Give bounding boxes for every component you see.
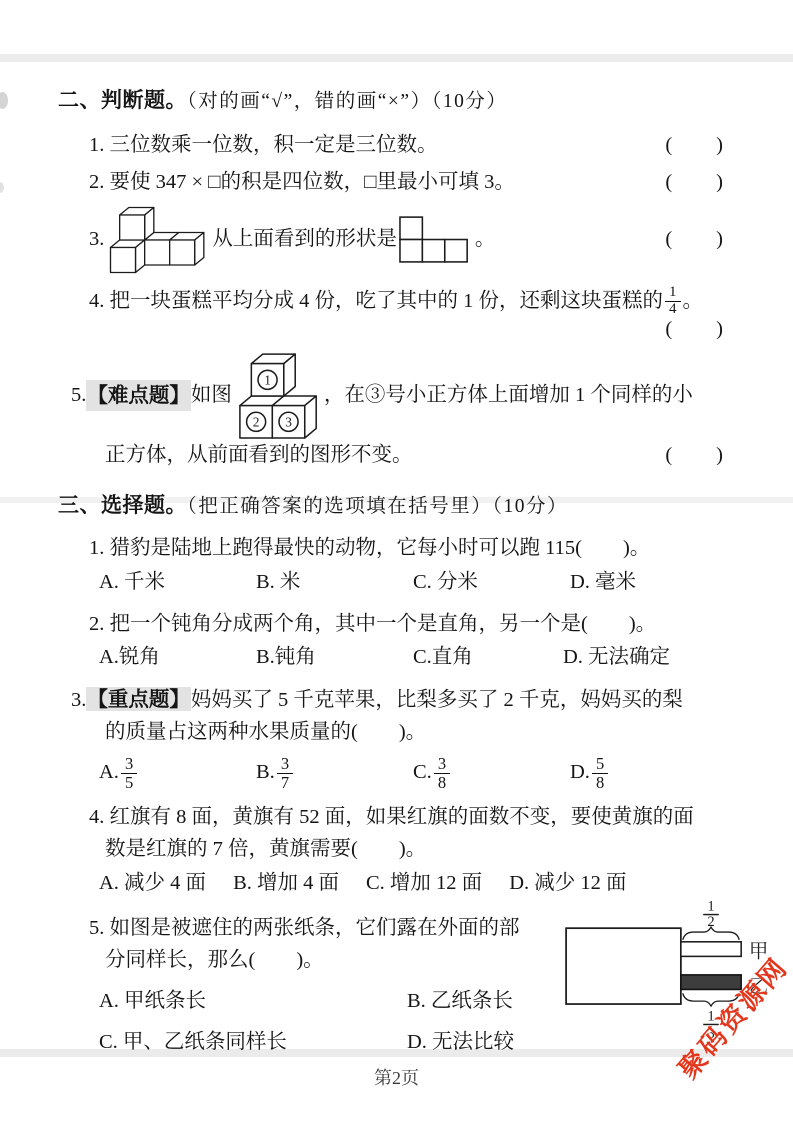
top-view-shape-diagram	[399, 216, 473, 264]
judge-q5-line2-text: 正方体，从前面看到的图形不变。	[105, 440, 413, 472]
judge-q3-text: 从上面看到的形状是	[212, 224, 397, 256]
option-a: A. 减少 4 面	[99, 868, 206, 900]
choice-q5-line1-text: 5. 如图是被遮住的两张纸条，它们露在外面的部	[89, 917, 520, 939]
choice-q2-options: A.锐角 B.钝角 C.直角 D. 无法确定	[58, 642, 736, 674]
judge-q3-period: 。	[475, 224, 496, 256]
fraction-numerator: 3	[434, 755, 450, 773]
choice-q5: 5. 如图是被遮住的两张纸条，它们露在外面的部 分同样长，那么( )。 A. 甲…	[58, 913, 736, 1058]
choice-q4: 4. 红旗有 8 面，黄旗有 52 面，如果红旗的面数不变，要使黄旗的面	[58, 802, 736, 834]
key-question-badge: 【重点题】	[86, 687, 191, 711]
top-fraction-denominator: 2	[707, 914, 714, 930]
option-b: B. 米	[256, 567, 413, 599]
fraction-numerator: 3	[277, 755, 293, 773]
judge-section-heading: 二、判断题。（对的画“√”，错的画“×”）（10分）	[58, 84, 736, 118]
judge-q4-answer-row: ( )	[58, 314, 736, 346]
judge-section-title: 二、判断题。	[58, 88, 187, 112]
judge-q5-lead: 如图	[191, 380, 232, 412]
fraction-denominator: 8	[592, 773, 608, 792]
strip-jia	[681, 942, 741, 957]
test-paper-page: 二、判断题。（对的画“√”，错的画“×”）（10分） 1. 三位数乘一位数，积一…	[58, 84, 736, 1058]
option-c: C.直角	[413, 642, 563, 674]
judge-q3-answer-paren: ( )	[665, 224, 724, 256]
judge-q1-text: 1. 三位数乘一位数，积一定是三位数。	[89, 130, 438, 162]
choice-q4-line2: 数是红旗的 7 倍，黄旗需要( )。	[58, 834, 736, 866]
fraction-numerator: 1	[665, 285, 681, 301]
choice-q5-line2-text: 分同样长，那么( )。	[105, 949, 324, 971]
option-a: A. 千米	[99, 567, 256, 599]
option-label: A.	[99, 757, 119, 789]
judge-q4: 4. 把一块蛋糕平均分成 4 份，吃了其中的 1 份，还剩这块蛋糕的 1 4 。	[58, 285, 736, 318]
difficult-question-badge: 【难点题】	[86, 380, 191, 412]
scan-band-top	[0, 54, 793, 62]
cube-arrangement-diagram	[108, 200, 208, 280]
choice-q4-line2-text: 数是红旗的 7 倍，黄旗需要( )。	[105, 838, 426, 860]
top-fraction-numerator: 1	[707, 899, 714, 915]
option-d: D. 5 8	[570, 755, 727, 792]
choice-q3-line1: 妈妈买了 5 千克苹果，比梨多买了 2 千克，妈妈买的梨	[191, 689, 683, 711]
judge-q5-after-text: ，在③号小正方体上面增加 1 个同样的小	[324, 380, 693, 412]
judge-q3-number: 3.	[89, 224, 104, 256]
option-d: D. 减少 12 面	[509, 868, 626, 900]
option-fraction: 3 7	[277, 755, 293, 792]
fraction-numerator: 5	[592, 755, 608, 773]
option-label: D.	[570, 757, 590, 789]
judge-q5-number: 5.	[71, 380, 86, 412]
option-b: B.钝角	[256, 642, 413, 674]
choice-q2: 2. 把一个钝角分成两个角，其中一个是直角，另一个是( )。	[58, 609, 736, 641]
page-number: 第2页	[0, 1064, 793, 1090]
option-d: D. 毫米	[570, 567, 636, 599]
choice-section-heading: 三、选择题。（把正确答案的选项填在括号里）（10分）	[58, 489, 736, 523]
choice-q4-options: A. 减少 4 面 B. 增加 4 面 C. 增加 12 面 D. 减少 12 …	[58, 868, 736, 900]
option-fraction: 5 8	[592, 755, 608, 792]
option-a: A. 甲纸条长	[99, 986, 407, 1018]
fraction-numerator: 3	[121, 755, 137, 773]
choice-q1-text: 1. 猎豹是陆地上跑得最快的动物，它每小时可以跑 115( )。	[89, 537, 650, 559]
judge-q2-text: 2. 要使 347 × □的积是四位数，□里最小可填 3。	[89, 167, 515, 199]
choice-section-note: （把正确答案的选项填在括号里）（10分）	[187, 496, 568, 517]
judge-section-note: （对的画“√”，错的画“×”）（10分）	[187, 91, 507, 112]
judge-q5-answer-paren: ( )	[665, 440, 724, 472]
judge-q4-period: 。	[683, 286, 704, 318]
choice-q1: 1. 猎豹是陆地上跑得最快的动物，它每小时可以跑 115( )。	[58, 533, 736, 565]
choice-q3-line2-text: 的质量占这两种水果质量的( )。	[105, 721, 426, 743]
choice-q3-line2: 的质量占这两种水果质量的( )。	[58, 717, 736, 749]
fraction-denominator: 7	[277, 773, 293, 792]
option-label: B.	[256, 757, 275, 789]
judge-q1-answer-paren: ( )	[665, 130, 724, 162]
option-b: B. 增加 4 面	[233, 868, 339, 900]
option-a: A. 3 5	[99, 755, 256, 792]
judge-q2-answer-paren: ( )	[665, 167, 724, 199]
judge-q2: 2. 要使 347 × □的积是四位数，□里最小可填 3。 ( )	[58, 167, 736, 199]
scan-smudge	[0, 182, 4, 193]
choice-q3: 3.【重点题】妈妈买了 5 千克苹果，比梨多买了 2 千克，妈妈买的梨	[58, 684, 736, 717]
option-b: B. 乙纸条长	[407, 986, 513, 1018]
choice-q1-options: A. 千米 B. 米 C. 分米 D. 毫米	[58, 567, 736, 599]
judge-q5: 5.【难点题】如图 1 2 3	[58, 350, 736, 442]
numbered-cubes-diagram: 1 2 3	[238, 352, 320, 442]
option-fraction: 3 8	[434, 755, 450, 792]
judge-q4-fraction: 1 4	[665, 285, 681, 318]
option-label: C.	[413, 757, 432, 789]
judge-q1: 1. 三位数乘一位数，积一定是三位数。 ( )	[58, 130, 736, 162]
cube-label-1: 1	[264, 372, 271, 387]
fraction-denominator: 5	[121, 773, 137, 792]
option-fraction: 3 5	[121, 755, 137, 792]
cover-rectangle	[566, 928, 681, 1004]
choice-section-title: 三、选择题。	[58, 493, 187, 517]
option-c: C. 3 8	[413, 755, 570, 792]
choice-q3-options: A. 3 5 B. 3 7 C. 3 8 D. 5 8	[58, 755, 736, 792]
choice-q3-number: 3.	[71, 689, 86, 711]
option-c: C. 分米	[413, 567, 570, 599]
scan-smudge	[0, 92, 8, 109]
choice-q4-line1: 4. 红旗有 8 面，黄旗有 52 面，如果红旗的面数不变，要使黄旗的面	[89, 806, 694, 828]
choice-q2-text: 2. 把一个钝角分成两个角，其中一个是直角，另一个是( )。	[89, 613, 656, 635]
judge-q3: 3.	[58, 200, 736, 280]
option-c: C. 增加 12 面	[366, 868, 482, 900]
judge-q5-line2: 正方体，从前面看到的图形不变。 ( )	[58, 440, 736, 472]
fraction-denominator: 8	[434, 773, 450, 792]
option-a: A.锐角	[99, 642, 256, 674]
option-b: B. 3 7	[256, 755, 413, 792]
option-d: D. 无法比较	[407, 1027, 514, 1059]
option-d: D. 无法确定	[563, 642, 670, 674]
judge-q4-answer-paren: ( )	[665, 318, 724, 340]
judge-q4-text: 4. 把一块蛋糕平均分成 4 份，吃了其中的 1 份，还剩这块蛋糕的	[89, 286, 663, 318]
cube-label-2: 2	[253, 414, 260, 429]
option-c: C. 甲、乙纸条同样长	[99, 1027, 407, 1059]
cube-label-3: 3	[285, 414, 292, 429]
